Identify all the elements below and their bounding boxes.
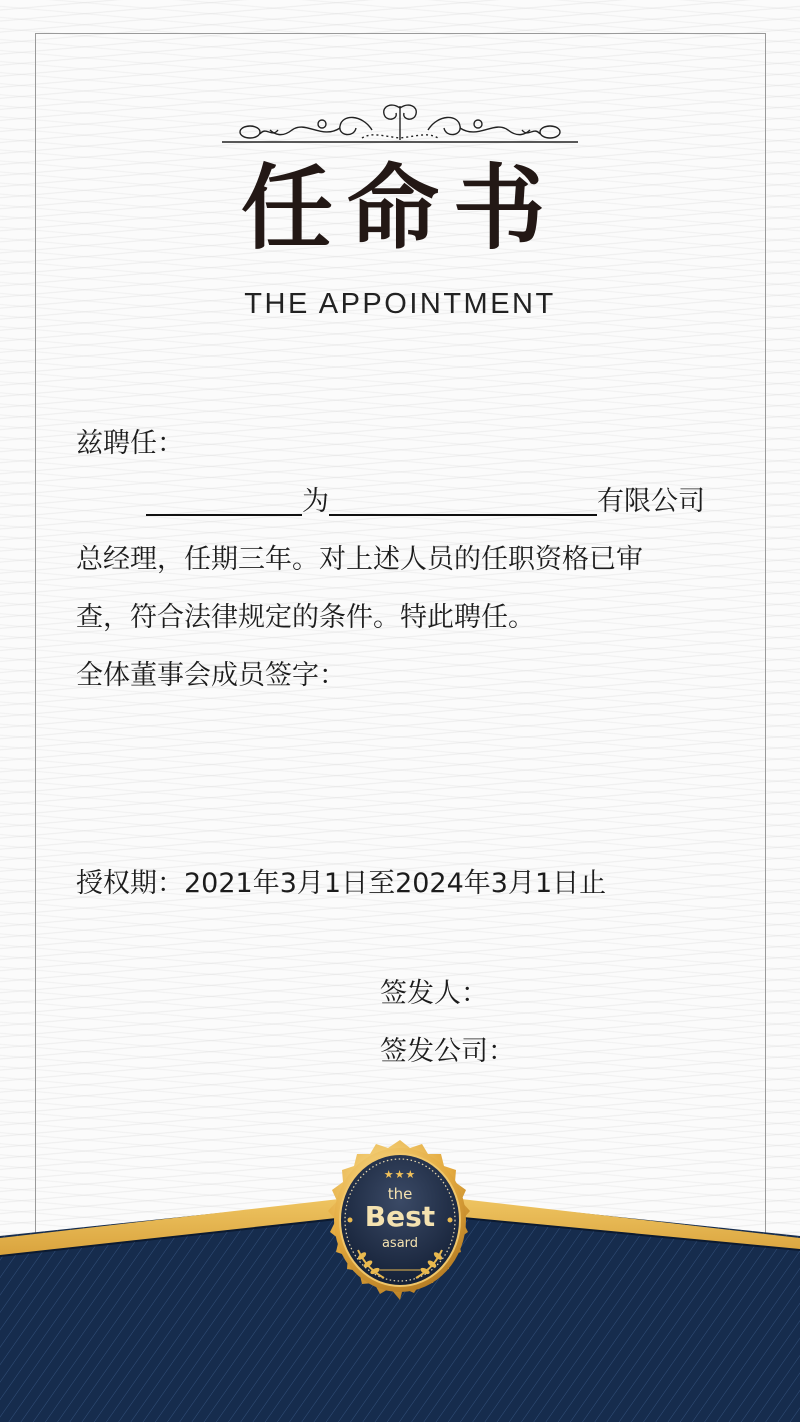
badge-stars: ★★★ [318, 1168, 482, 1181]
body-line-3: 查，符合法律规定的条件。特此聘任。 [76, 598, 535, 638]
badge-text-best: Best [318, 1200, 482, 1233]
board-signature-label: 全体董事会成员签字： [76, 656, 346, 696]
appointee-name-field[interactable] [146, 484, 302, 516]
appointment-line: 为有限公司 [76, 482, 705, 522]
greeting-text: 兹聘任： [76, 424, 184, 464]
page-title: 任命书 [0, 148, 800, 268]
company-name-field[interactable] [329, 484, 597, 516]
badge-text-asard: asard [318, 1236, 482, 1251]
issuing-company-label: 签发公司： [380, 1032, 515, 1072]
best-award-badge: ★★★ the Best asard [318, 1138, 482, 1314]
page-subtitle: THE APPOINTMENT [0, 288, 800, 321]
flourish-ornament-icon [222, 100, 578, 146]
body-line-2: 总经理，任期三年。对上述人员的任职资格已审 [76, 540, 643, 580]
connector-text: 为 [302, 486, 329, 517]
authorization-period: 授权期：2021年3月1日至2024年3月1日止 [76, 864, 606, 904]
company-suffix-text: 有限公司 [597, 486, 705, 517]
issuer-label: 签发人： [380, 974, 488, 1014]
